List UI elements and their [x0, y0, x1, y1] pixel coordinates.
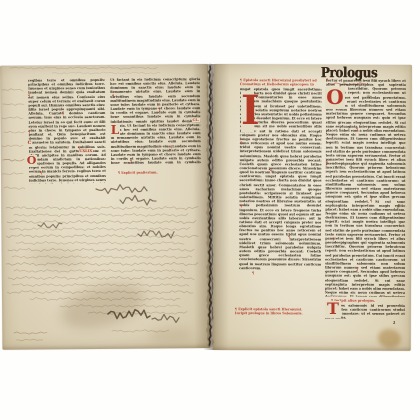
incunabulum-photo: regibus terre et omnibus populis: princi…: [0, 0, 420, 420]
right-page-column-1: ungat epistola quos iungit sacerdotium: …: [239, 87, 322, 303]
jerome-epistle-rubric: Epistola sancti Hieronymi presbyteri ad …: [240, 78, 317, 87]
prologue-incipit-line: Incipit prologus in libros Salomonis.: [235, 311, 303, 315]
psalter-explicit-line: ¶ Explicit psalterium.: [118, 170, 198, 176]
psalter-explicit-text: Explicit psalterium.: [121, 170, 157, 174]
left-page-column-1: regibus terre et omnibus populis: princi…: [28, 78, 106, 184]
second-prologue-incipit: Incipit alius prologus.: [334, 299, 375, 303]
pilcrow-glyph: ¶: [331, 299, 333, 303]
pilcrow-glyph: ¶: [118, 171, 120, 175]
quire-signature: 2: [393, 321, 396, 325]
left-page-column-2: Ut faciant in eis iudicium conscriptum: …: [110, 77, 201, 165]
right-page-gutter-shade: [213, 64, 230, 350]
right-page-column-2: Fertur et panaretos iesu filii syrach li…: [325, 78, 406, 296]
right-page: Prologus ¶ Epistola sancti Hieronymi pre…: [213, 64, 412, 351]
left-page: regibus terre et omnibus populis: princi…: [0, 64, 210, 350]
